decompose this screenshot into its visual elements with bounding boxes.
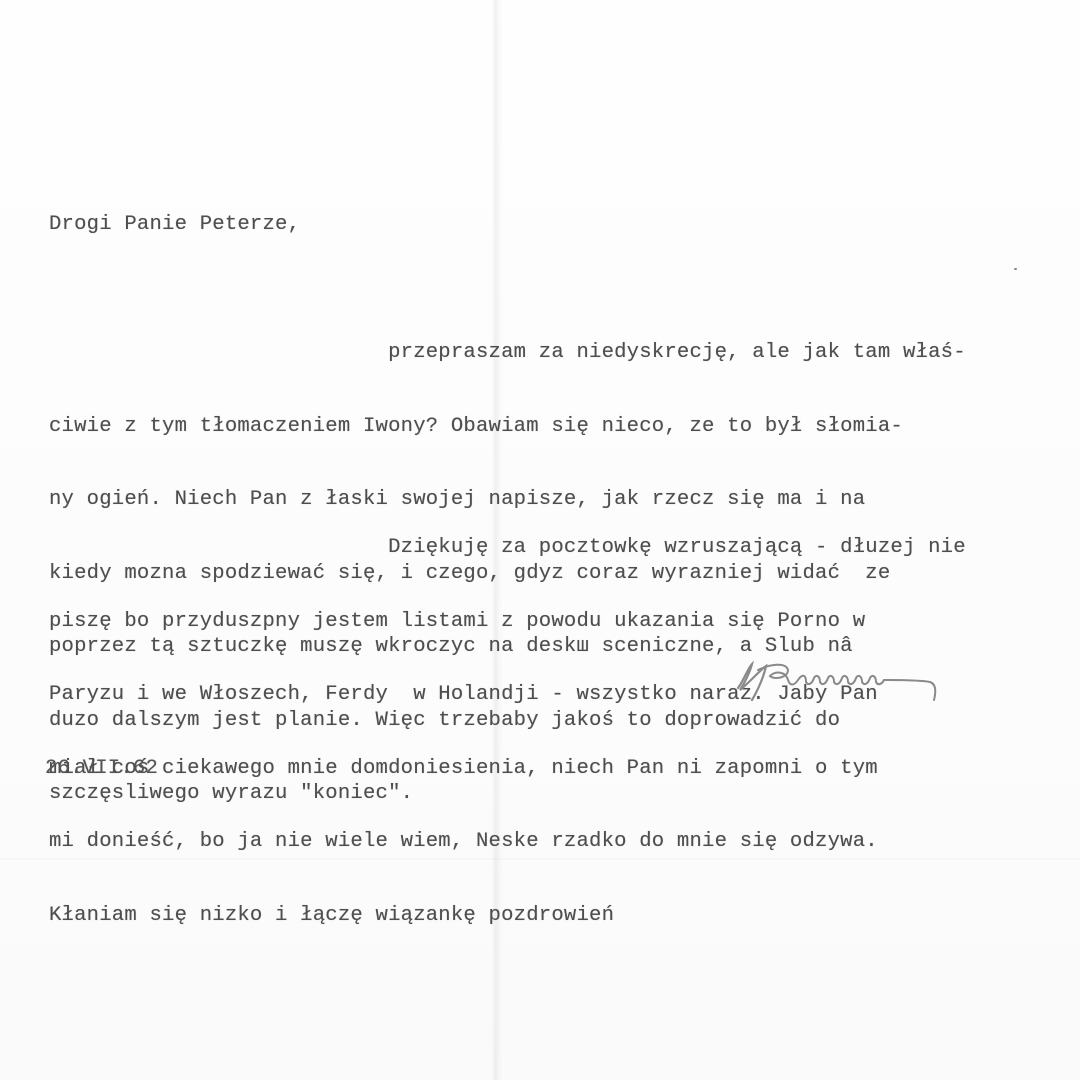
paragraph-line: miał coś ciekawego mnie domdoniesienia, … (49, 757, 966, 782)
salutation: Drogi Panie Peterze, (49, 213, 300, 238)
paragraph-line: Kłaniam się nizko i łączę wiązankę pozdr… (49, 904, 966, 929)
ink-speck (1014, 268, 1017, 270)
paragraph-line: piszę bo przyduszpny jestem listami z po… (49, 610, 966, 635)
letter-page: Drogi Panie Peterze, przepraszam za nied… (0, 0, 1080, 1080)
paragraph-line: ciwie z tym tłomaczeniem Iwony? Obawiam … (49, 415, 966, 440)
paragraph-line: Dziękuję za pocztowkę wzruszającą - dłuz… (49, 536, 966, 561)
handwritten-signature (730, 640, 970, 720)
paragraph-line: przepraszam za niedyskrecję, ale jak tam… (49, 341, 966, 366)
letter-date: 26.VII.62 (45, 757, 158, 782)
paragraph-line: mi donieść, bo ja nie wiele wiem, Neske … (49, 830, 966, 855)
paragraph-2: Dziękuję za pocztowkę wzruszającą - dłuz… (49, 487, 966, 977)
